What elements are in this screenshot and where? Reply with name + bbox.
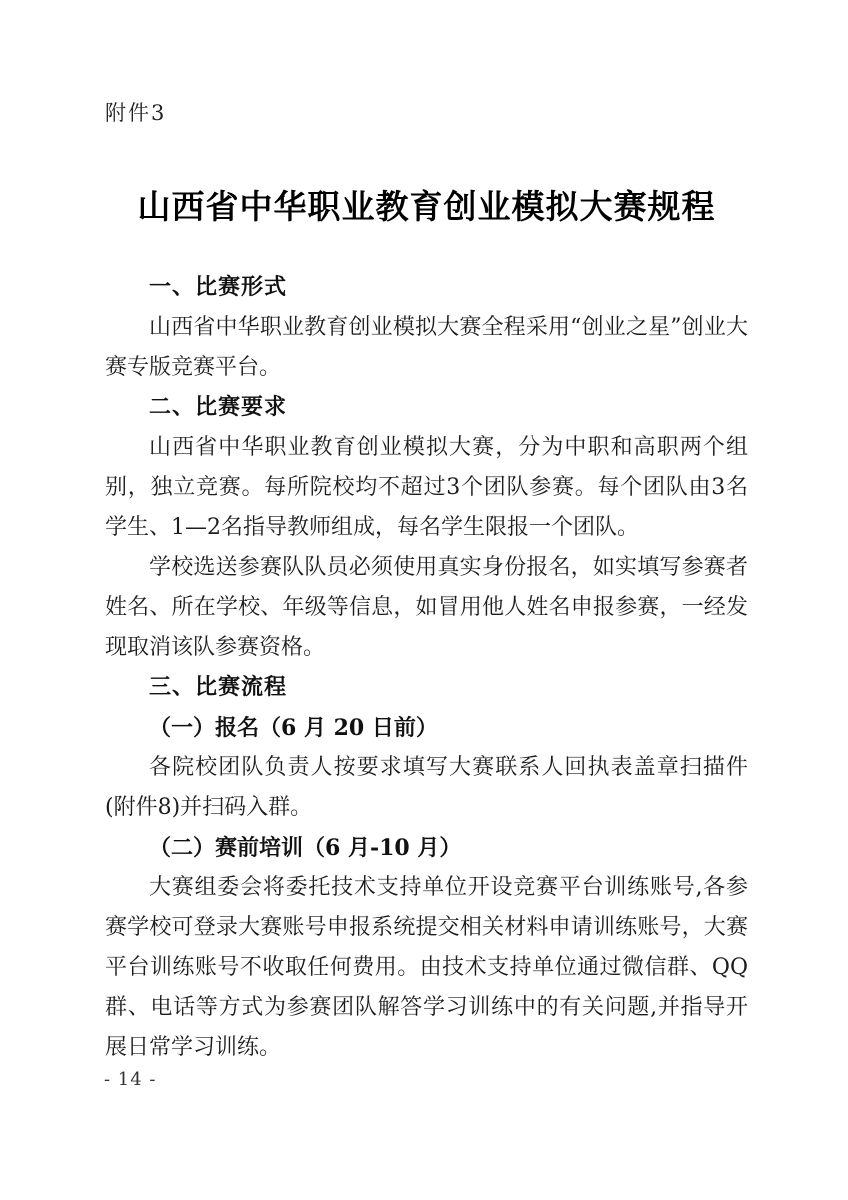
document-title: 山西省中华职业教育创业模拟大赛规程 [105, 185, 748, 229]
paragraph: 学校选送参赛队队员必须使用真实身份报名，如实填写参赛者姓名、所在学校、年级等信息… [105, 548, 748, 668]
paragraph: 山西省中华职业教育创业模拟大赛全程采用“创业之星”创业大赛专版竞赛平台。 [105, 308, 748, 388]
document-page: 附件3 山西省中华职业教育创业模拟大赛规程 一、比赛形式 山西省中华职业教育创业… [0, 0, 848, 1200]
section-heading-3: 三、比赛流程 [105, 668, 748, 708]
subsection-heading-pre-competition-training: （二）赛前培训（6 月-10 月） [105, 828, 748, 868]
paragraph: 大赛组委会将委托技术支持单位开设竞赛平台训练账号,各参赛学校可登录大赛账号申报系… [105, 868, 748, 1068]
paragraph: 山西省中华职业教育创业模拟大赛，分为中职和高职两个组别，独立竞赛。每所院校均不超… [105, 428, 748, 548]
attachment-label: 附件3 [105, 98, 748, 128]
paragraph: 各院校团队负责人按要求填写大赛联系人回执表盖章扫描件(附件8)并扫码入群。 [105, 748, 748, 828]
document-body: 一、比赛形式 山西省中华职业教育创业模拟大赛全程采用“创业之星”创业大赛专版竞赛… [105, 268, 748, 1068]
section-heading-2: 二、比赛要求 [105, 388, 748, 428]
section-heading-1: 一、比赛形式 [105, 268, 748, 308]
page-number: - 14 - [104, 1068, 157, 1092]
subsection-heading-registration: （一）报名（6 月 20 日前） [105, 708, 748, 748]
